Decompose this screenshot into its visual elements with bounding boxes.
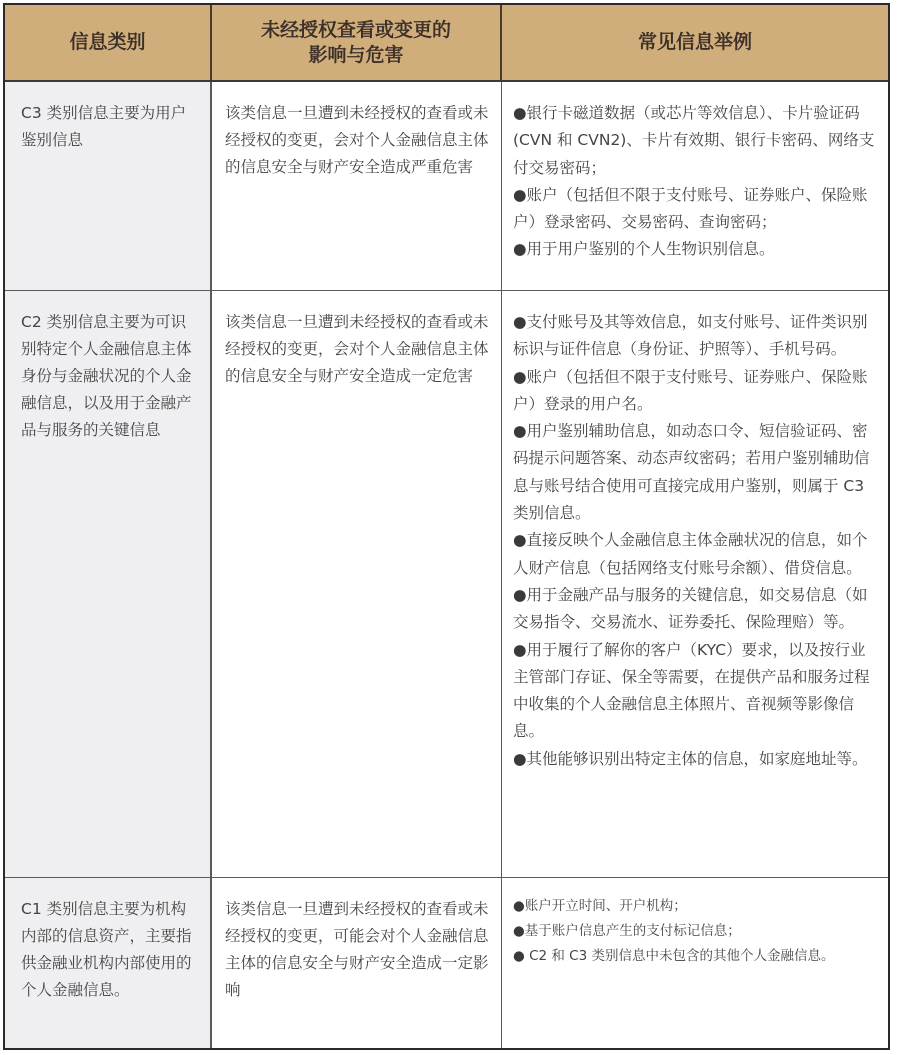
- row-c1-category: C1 类别信息主要为机构内部的信息资产，主要指供金融业机构内部使用的个人金融信息…: [5, 878, 212, 1048]
- bullet-icon: ●: [513, 531, 527, 549]
- row-c2-category: C2 类别信息主要为可识别特定个人金融信息主体身份与金融状况的个人金融信息，以及…: [5, 291, 212, 878]
- list-item: ●支付账号及其等效信息，如支付账号、证件类识别标识与证件信息（身份证、护照等）、…: [513, 309, 880, 364]
- header-examples-label: 常见信息举例: [638, 30, 752, 55]
- bullet-icon: ●: [513, 240, 527, 258]
- bullet-icon: ●: [513, 641, 527, 659]
- header-impact-label: 未经授权查看或变更的 影响与危害: [261, 18, 451, 68]
- list-item: ●账户（包括但不限于支付账号、证券账户、保险账户）登录密码、交易密码、查询密码；: [513, 182, 880, 237]
- row-c1-impact: 该类信息一旦遭到未经授权的查看或未经授权的变更，可能会对个人金融信息主体的信息安…: [212, 878, 502, 1048]
- list-item: ● C2 和 C3 类别信息中未包含的其他个人金融信息。: [513, 944, 880, 969]
- list-item: ●其他能够识别出特定主体的信息，如家庭地址等。: [513, 746, 880, 773]
- bullet-icon: ●: [513, 750, 527, 768]
- bullet-icon: ●: [513, 948, 525, 964]
- bullet-icon: ●: [513, 422, 527, 440]
- list-item: ●直接反映个人金融信息主体金融状况的信息，如个人财产信息（包括网络支付账号余额）…: [513, 527, 880, 582]
- row-c3-category: C3 类别信息主要为用户鉴别信息: [5, 82, 212, 291]
- list-item: ●用户鉴别辅助信息，如动态口令、短信验证码、密码提示问题答案、动态声纹密码；若用…: [513, 418, 880, 527]
- list-item: ●账户（包括但不限于支付账号、证券账户、保险账户）登录的用户名。: [513, 364, 880, 419]
- info-classification-table: 信息类别 未经授权查看或变更的 影响与危害 常见信息举例 C3 类别信息主要为用…: [3, 3, 890, 1050]
- bullet-icon: ●: [513, 898, 525, 914]
- bullet-icon: ●: [513, 923, 525, 939]
- bullet-icon: ●: [513, 368, 527, 386]
- row-c3-examples: ●银行卡磁道数据（或芯片等效信息）、卡片验证码(CVN 和 CVN2)、卡片有效…: [502, 82, 888, 291]
- list-item: ●银行卡磁道数据（或芯片等效信息）、卡片验证码(CVN 和 CVN2)、卡片有效…: [513, 100, 880, 182]
- row-c2-impact: 该类信息一旦遭到未经授权的查看或未经授权的变更，会对个人金融信息主体的信息安全与…: [212, 291, 502, 878]
- list-item: ●基于账户信息产生的支付标记信息；: [513, 919, 880, 944]
- bullet-icon: ●: [513, 313, 527, 331]
- header-category-label: 信息类别: [69, 30, 145, 55]
- header-category: 信息类别: [5, 5, 212, 82]
- list-item: ●账户开立时间、开户机构；: [513, 894, 880, 919]
- header-impact: 未经授权查看或变更的 影响与危害: [212, 5, 502, 82]
- list-item: ●用于履行了解你的客户（KYC）要求，以及按行业主管部门存证、保全等需要，在提供…: [513, 637, 880, 746]
- header-examples: 常见信息举例: [502, 5, 888, 82]
- list-item: ●用于用户鉴别的个人生物识别信息。: [513, 236, 880, 263]
- list-item: ●用于金融产品与服务的关键信息，如交易信息（如交易指令、交易流水、证券委托、保险…: [513, 582, 880, 637]
- bullet-icon: ●: [513, 104, 527, 122]
- bullet-icon: ●: [513, 186, 527, 204]
- row-c2-examples: ●支付账号及其等效信息，如支付账号、证件类识别标识与证件信息（身份证、护照等）、…: [502, 291, 888, 878]
- row-c1-examples: ●账户开立时间、开户机构； ●基于账户信息产生的支付标记信息； ● C2 和 C…: [502, 878, 888, 1048]
- row-c3-impact: 该类信息一旦遭到未经授权的查看或未经授权的变更，会对个人金融信息主体的信息安全与…: [212, 82, 502, 291]
- bullet-icon: ●: [513, 586, 527, 604]
